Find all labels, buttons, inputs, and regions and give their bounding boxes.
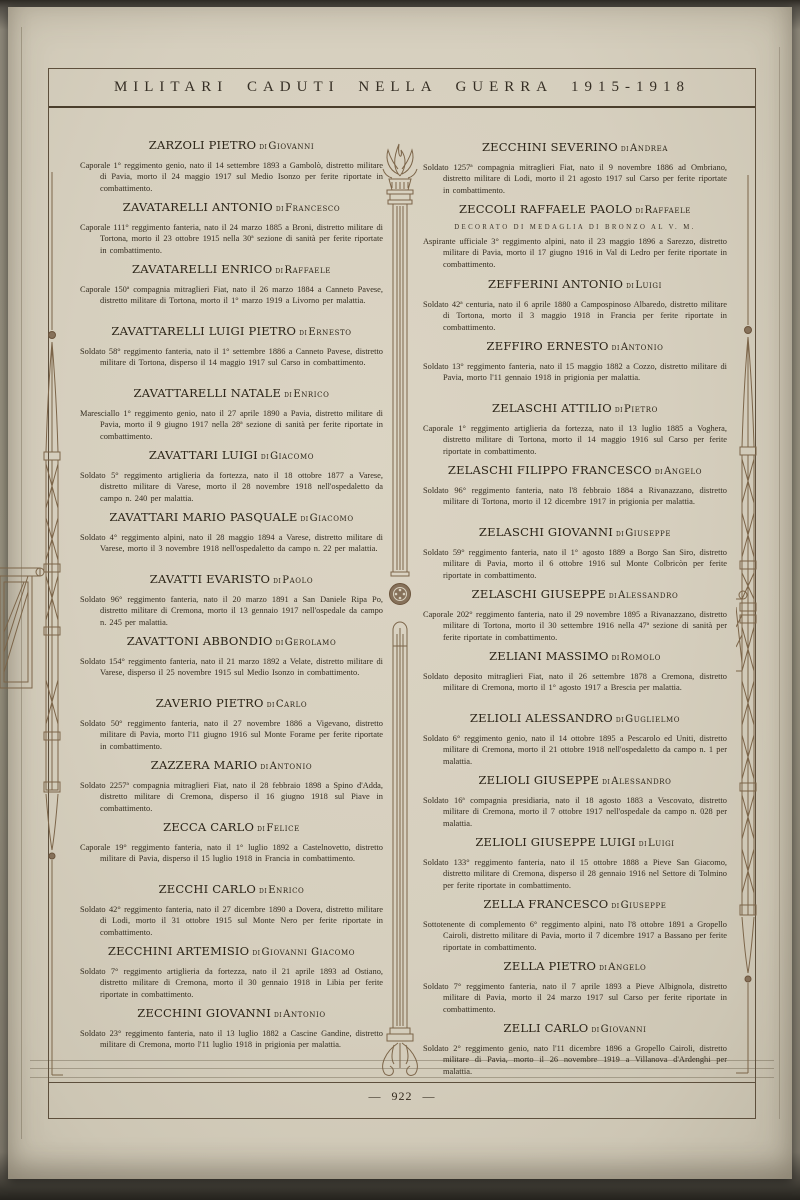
surname-given-names: ZAVATTARI MARIO PASQUALE [109,510,297,524]
father-name: Alessandro [618,590,678,601]
entry-body-text: Soldato 58° reggimento fanteria, nato il… [80,346,383,369]
di-particle: di [611,901,619,911]
entry-name-heading: ZAZZERA MARIOdiAntonio [80,759,383,774]
surname-given-names: ZAVATARELLI ANTONIO [123,200,273,214]
surname-given-names: ZELLA PIETRO [504,959,596,973]
surname-given-names: ZARZOLI PIETRO [149,138,256,152]
right-entries-column: ZECCHINI SEVERINOdiAndrea Soldato 1257ª … [423,141,727,1084]
entry-name-heading: ZAVATTARELLI NATALEdiEnrico [80,387,383,402]
di-particle: di [257,824,265,834]
casualty-entry: ZEFFERINI ANTONIOdiLuigi Soldato 42ª cen… [423,278,727,340]
surname-given-names: ZAVATTARI LUIGI [149,448,258,462]
entry-body-text: Soldato 2° reggimento genio, nato l'11 d… [423,1043,727,1077]
casualty-entry: ZECCHINI SEVERINOdiAndrea Soldato 1257ª … [423,141,727,203]
di-particle: di [284,390,292,400]
entry-body-text: Soldato 96° reggimento fanteria, nato il… [80,594,383,628]
entry-name-heading: ZECCOLI RAFFAELE PAOLOdiRaffaele [423,203,727,218]
di-particle: di [260,762,268,772]
casualty-entry: ZECCHINI ARTEMISIOdiGiovanni Giacomo Sol… [80,945,383,1007]
decoration-line: DECORATO DI MEDAGLIA DI BRONZO AL V. M. [423,224,727,231]
entry-body-text: Caporale 1° reggimento genio, nato il 14… [80,160,383,194]
father-name: Felice [266,823,300,834]
casualty-entry: ZECCOLI RAFFAELE PAOLOdiRaffaele DECORAT… [423,203,727,278]
page-title: MILITARI CADUTI NELLA GUERRA 1915-1918 [114,79,690,96]
father-name: Angelo [608,962,646,973]
entry-name-heading: ZAVATARELLI ANTONIOdiFrancesco [80,201,383,216]
casualty-entry: ZECCA CARLOdiFelice Caporale 19° reggime… [80,821,383,883]
father-name: Raffaele [645,205,691,216]
di-particle: di [626,281,634,291]
di-particle: di [259,142,267,152]
father-name: Giuseppe [625,528,671,539]
father-name: Angelo [664,466,702,477]
casualty-entry: ZARZOLI PIETROdiGiovanni Caporale 1° reg… [80,139,383,201]
entry-name-heading: ZECCHINI GIOVANNIdiAntonio [80,1007,383,1022]
entry-body-text: Sottotenente di complemento 6° reggiment… [423,919,727,953]
casualty-entry: ZELASCHI FILIPPO FRANCESCOdiAngelo Solda… [423,464,727,526]
casualty-entry: ZELASCHI ATTILIOdiPietro Caporale 1° reg… [423,402,727,464]
father-name: Giuseppe [621,900,667,911]
entry-body-text: Soldato deposito mitraglieri Fiat, nato … [423,671,727,694]
entry-body-text: Soldato 1257ª compagnia mitraglieri Fiat… [423,162,727,196]
entry-name-heading: ZECCHI CARLOdiEnrico [80,883,383,898]
entry-name-heading: ZELIANI MASSIMOdiRomolo [423,650,727,665]
father-name: Enrico [293,389,329,400]
di-particle: di [615,405,623,415]
di-particle: di [616,715,624,725]
entry-name-heading: ZELIOLI GIUSEPPEdiAlessandro [423,774,727,789]
father-name: Enrico [268,885,304,896]
father-name: Giovanni [268,141,314,152]
di-particle: di [616,529,624,539]
entry-name-heading: ZEFFIRO ERNESTOdiAntonio [423,340,727,355]
surname-given-names: ZECCHINI GIOVANNI [137,1006,271,1020]
father-name: Carlo [276,699,307,710]
surname-given-names: ZAVATTARELLI LUIGI PIETRO [111,324,296,338]
entry-body-text: Soldato 16ª compagnia presidiaria, nato … [423,795,727,829]
page-edge-right [779,47,780,1119]
surname-given-names: ZECCHINI ARTEMISIO [108,944,249,958]
di-particle: di [655,467,663,477]
casualty-entry: ZECCHI CARLOdiEnrico Soldato 42° reggime… [80,883,383,945]
casualty-entry: ZELLA PIETROdiAngelo Soldato 7° reggimen… [423,960,727,1022]
entry-name-heading: ZAVATTARI LUIGIdiGiacomo [80,449,383,464]
entry-body-text: Soldato 96° reggimento fanteria, nato l'… [423,485,727,508]
father-name: Giacomo [270,451,314,462]
surname-given-names: ZAVATARELLI ENRICO [132,262,272,276]
entry-body-text: Soldato 42ª centuria, nato il 6 aprile 1… [423,299,727,333]
entry-name-heading: ZECCHINI SEVERINOdiAndrea [423,141,727,156]
casualty-entry: ZECCHINI GIOVANNIdiAntonio Soldato 23° r… [80,1007,383,1069]
surname-given-names: ZAVATTONI ABBONDIO [127,634,273,648]
surname-given-names: ZAVATTARELLI NATALE [134,386,282,400]
entry-body-text: Soldato 7° reggimento artiglieria da for… [80,966,383,1000]
casualty-entry: ZELLI CARLOdiGiovanni Soldato 2° reggime… [423,1022,727,1084]
di-particle: di [599,963,607,973]
casualty-entry: ZAVATTARELLI NATALEdiEnrico Maresciallo … [80,387,383,449]
entry-body-text: Soldato 50° reggimento fanteria, nato il… [80,718,383,752]
di-particle: di [276,204,284,214]
surname-given-names: ZELASCHI FILIPPO FRANCESCO [448,463,652,477]
father-name: Paolo [282,575,313,586]
surname-given-names: ZELASCHI GIUSEPPE [472,587,606,601]
entry-name-heading: ZAVATTONI ABBONDIOdiGerolamo [80,635,383,650]
entry-body-text: Soldato 154° reggimento fanteria, nato i… [80,656,383,679]
father-name: Francesco [285,203,340,214]
father-name: Antonio [283,1009,326,1020]
entry-name-heading: ZELASCHI GIUSEPPEdiAlessandro [423,588,727,603]
di-particle: di [612,343,620,353]
surname-given-names: ZECCHI CARLO [159,882,256,896]
father-name: Luigi [635,280,662,291]
di-particle: di [252,948,260,958]
father-name: Alessandro [611,776,671,787]
entry-name-heading: ZELASCHI GIOVANNIdiGiuseppe [423,526,727,541]
di-particle: di [621,144,629,154]
casualty-entry: ZEFFIRO ERNESTOdiAntonio Soldato 13° reg… [423,340,727,402]
surname-given-names: ZELASCHI GIOVANNI [479,525,613,539]
father-name: Andrea [630,143,668,154]
casualty-entry: ZAVATTI EVARISTOdiPaolo Soldato 96° regg… [80,573,383,635]
entry-body-text: Aspirante ufficiale 3° reggimento alpini… [423,236,727,270]
casualty-entry: ZAVATARELLI ANTONIOdiFrancesco Caporale … [80,201,383,263]
surname-given-names: ZELIOLI GIUSEPPE [478,773,599,787]
di-particle: di [639,839,647,849]
entry-body-text: Soldato 23° reggimento fanteria, nato il… [80,1028,383,1051]
father-name: Giovanni [601,1024,647,1035]
casualty-entry: ZELASCHI GIOVANNIdiGiuseppe Soldato 59° … [423,526,727,588]
entry-name-heading: ZELIOLI ALESSANDROdiGuglielmo [423,712,727,727]
surname-given-names: ZELLA FRANCESCO [483,897,608,911]
entry-body-text: Caporale 202° reggimento fanteria, nato … [423,609,727,643]
father-name: Romolo [621,652,661,663]
casualty-entry: ZAVATTARELLI LUIGI PIETROdiErnesto Solda… [80,325,383,387]
father-name: Pietro [624,404,658,415]
casualty-entry: ZAVATARELLI ENRICOdiRaffaele Caporale 15… [80,263,383,325]
entry-body-text: Soldato 6° reggimento genio, nato il 14 … [423,733,727,767]
entry-body-text: Caporale 150ª compagnia mitraglieri Fiat… [80,284,383,307]
di-particle: di [274,1010,282,1020]
entry-name-heading: ZAVATARELLI ENRICOdiRaffaele [80,263,383,278]
di-particle: di [276,638,284,648]
casualty-entry: ZAVATTONI ABBONDIOdiGerolamo Soldato 154… [80,635,383,697]
surname-given-names: ZAZZERA MARIO [151,758,258,772]
entry-name-heading: ZARZOLI PIETROdiGiovanni [80,139,383,154]
entry-body-text: Soldato 4° reggimento alpini, nato il 28… [80,532,383,555]
father-name: Giovanni Giacomo [262,947,356,958]
entry-name-heading: ZECCHINI ARTEMISIOdiGiovanni Giacomo [80,945,383,960]
surname-given-names: ZELASCHI ATTILIO [492,401,612,415]
entry-name-heading: ZELIOLI GIUSEPPE LUIGIdiLuigi [423,836,727,851]
di-particle: di [612,653,620,663]
father-name: Luigi [648,838,675,849]
entry-body-text: Caporale 19° reggimento fanteria, nato i… [80,842,383,865]
di-particle: di [635,206,643,216]
entry-name-heading: ZELASCHI ATTILIOdiPietro [423,402,727,417]
entry-body-text: Soldato 42° reggimento fanteria, nato il… [80,904,383,938]
father-name: Giacomo [310,513,354,524]
entry-body-text: Soldato 59° reggimento fanteria, nato il… [423,547,727,581]
entry-body-text: Soldato 7° reggimento fanteria, nato il … [423,981,727,1015]
entry-name-heading: ZAVERIO PIETROdiCarlo [80,697,383,712]
di-particle: di [275,266,283,276]
entry-body-text: Soldato 2257ª compagnia mitraglieri Fiat… [80,780,383,814]
surname-given-names: ZECCOLI RAFFAELE PAOLO [459,202,632,216]
casualty-entry: ZAVATTARI MARIO PASQUALEdiGiacomo Soldat… [80,511,383,573]
di-particle: di [261,452,269,462]
casualty-entry: ZELIOLI GIUSEPPE LUIGIdiLuigi Soldato 13… [423,836,727,898]
entry-body-text: Soldato 13° reggimento fanteria, nato il… [423,361,727,384]
entry-body-text: Maresciallo 1° reggimento genio, nato il… [80,408,383,442]
father-name: Gerolamo [285,637,337,648]
entry-name-heading: ZELLA FRANCESCOdiGiuseppe [423,898,727,913]
father-name: Guglielmo [625,714,680,725]
entry-body-text: Caporale 1° reggimento artiglieria da fo… [423,423,727,457]
father-name: Ernesto [308,327,351,338]
casualty-entry: ZAZZERA MARIOdiAntonio Soldato 2257ª com… [80,759,383,821]
entry-name-heading: ZELASCHI FILIPPO FRANCESCOdiAngelo [423,464,727,479]
page-gutter-edge [21,27,22,1139]
entry-name-heading: ZAVATTARELLI LUIGI PIETROdiErnesto [80,325,383,340]
surname-given-names: ZAVATTI EVARISTO [150,572,270,586]
surname-given-names: ZEFFERINI ANTONIO [488,277,623,291]
di-particle: di [299,328,307,338]
di-particle: di [300,514,308,524]
casualty-entry: ZELASCHI GIUSEPPEdiAlessandro Caporale 2… [423,588,727,650]
surname-given-names: ZECCHINI SEVERINO [482,140,618,154]
page-number: — 922 — [49,1089,755,1104]
di-particle: di [259,886,267,896]
surname-given-names: ZELIOLI GIUSEPPE LUIGI [475,835,635,849]
entry-name-heading: ZAVATTARI MARIO PASQUALEdiGiacomo [80,511,383,526]
di-particle: di [273,576,281,586]
surname-given-names: ZELIOLI ALESSANDRO [470,711,613,725]
casualty-entry: ZELIANI MASSIMOdiRomolo Soldato deposito… [423,650,727,712]
surname-given-names: ZEFFIRO ERNESTO [487,339,609,353]
casualty-entry: ZELIOLI ALESSANDROdiGuglielmo Soldato 6°… [423,712,727,774]
title-band: MILITARI CADUTI NELLA GUERRA 1915-1918 [49,69,755,108]
entry-name-heading: ZELLI CARLOdiGiovanni [423,1022,727,1037]
entry-body-text: Soldato 133° reggimento fanteria, nato i… [423,857,727,891]
father-name: Antonio [621,342,664,353]
surname-given-names: ZAVERIO PIETRO [156,696,264,710]
entry-name-heading: ZEFFERINI ANTONIOdiLuigi [423,278,727,293]
entry-body-text: Soldato 5° reggimento artiglieria da for… [80,470,383,504]
surname-given-names: ZELIANI MASSIMO [489,649,609,663]
casualty-entry: ZELIOLI GIUSEPPEdiAlessandro Soldato 16ª… [423,774,727,836]
entry-name-heading: ZAVATTI EVARISTOdiPaolo [80,573,383,588]
surname-given-names: ZELLI CARLO [504,1021,589,1035]
father-name: Raffaele [285,265,331,276]
casualty-entry: ZAVATTARI LUIGIdiGiacomo Soldato 5° regg… [80,449,383,511]
entry-name-heading: ZELLA PIETROdiAngelo [423,960,727,975]
entry-body-text: Caporale 111° reggimento fanteria, nato … [80,222,383,256]
di-particle: di [591,1025,599,1035]
entry-name-heading: ZECCA CARLOdiFelice [80,821,383,836]
di-particle: di [609,591,617,601]
di-particle: di [602,777,610,787]
casualty-entry: ZELLA FRANCESCOdiGiuseppe Sottotenente d… [423,898,727,960]
surname-given-names: ZECCA CARLO [163,820,254,834]
father-name: Antonio [270,761,313,772]
di-particle: di [267,700,275,710]
left-entries-column: ZARZOLI PIETROdiGiovanni Caporale 1° reg… [80,139,383,1069]
casualty-entry: ZAVERIO PIETROdiCarlo Soldato 50° reggim… [80,697,383,759]
